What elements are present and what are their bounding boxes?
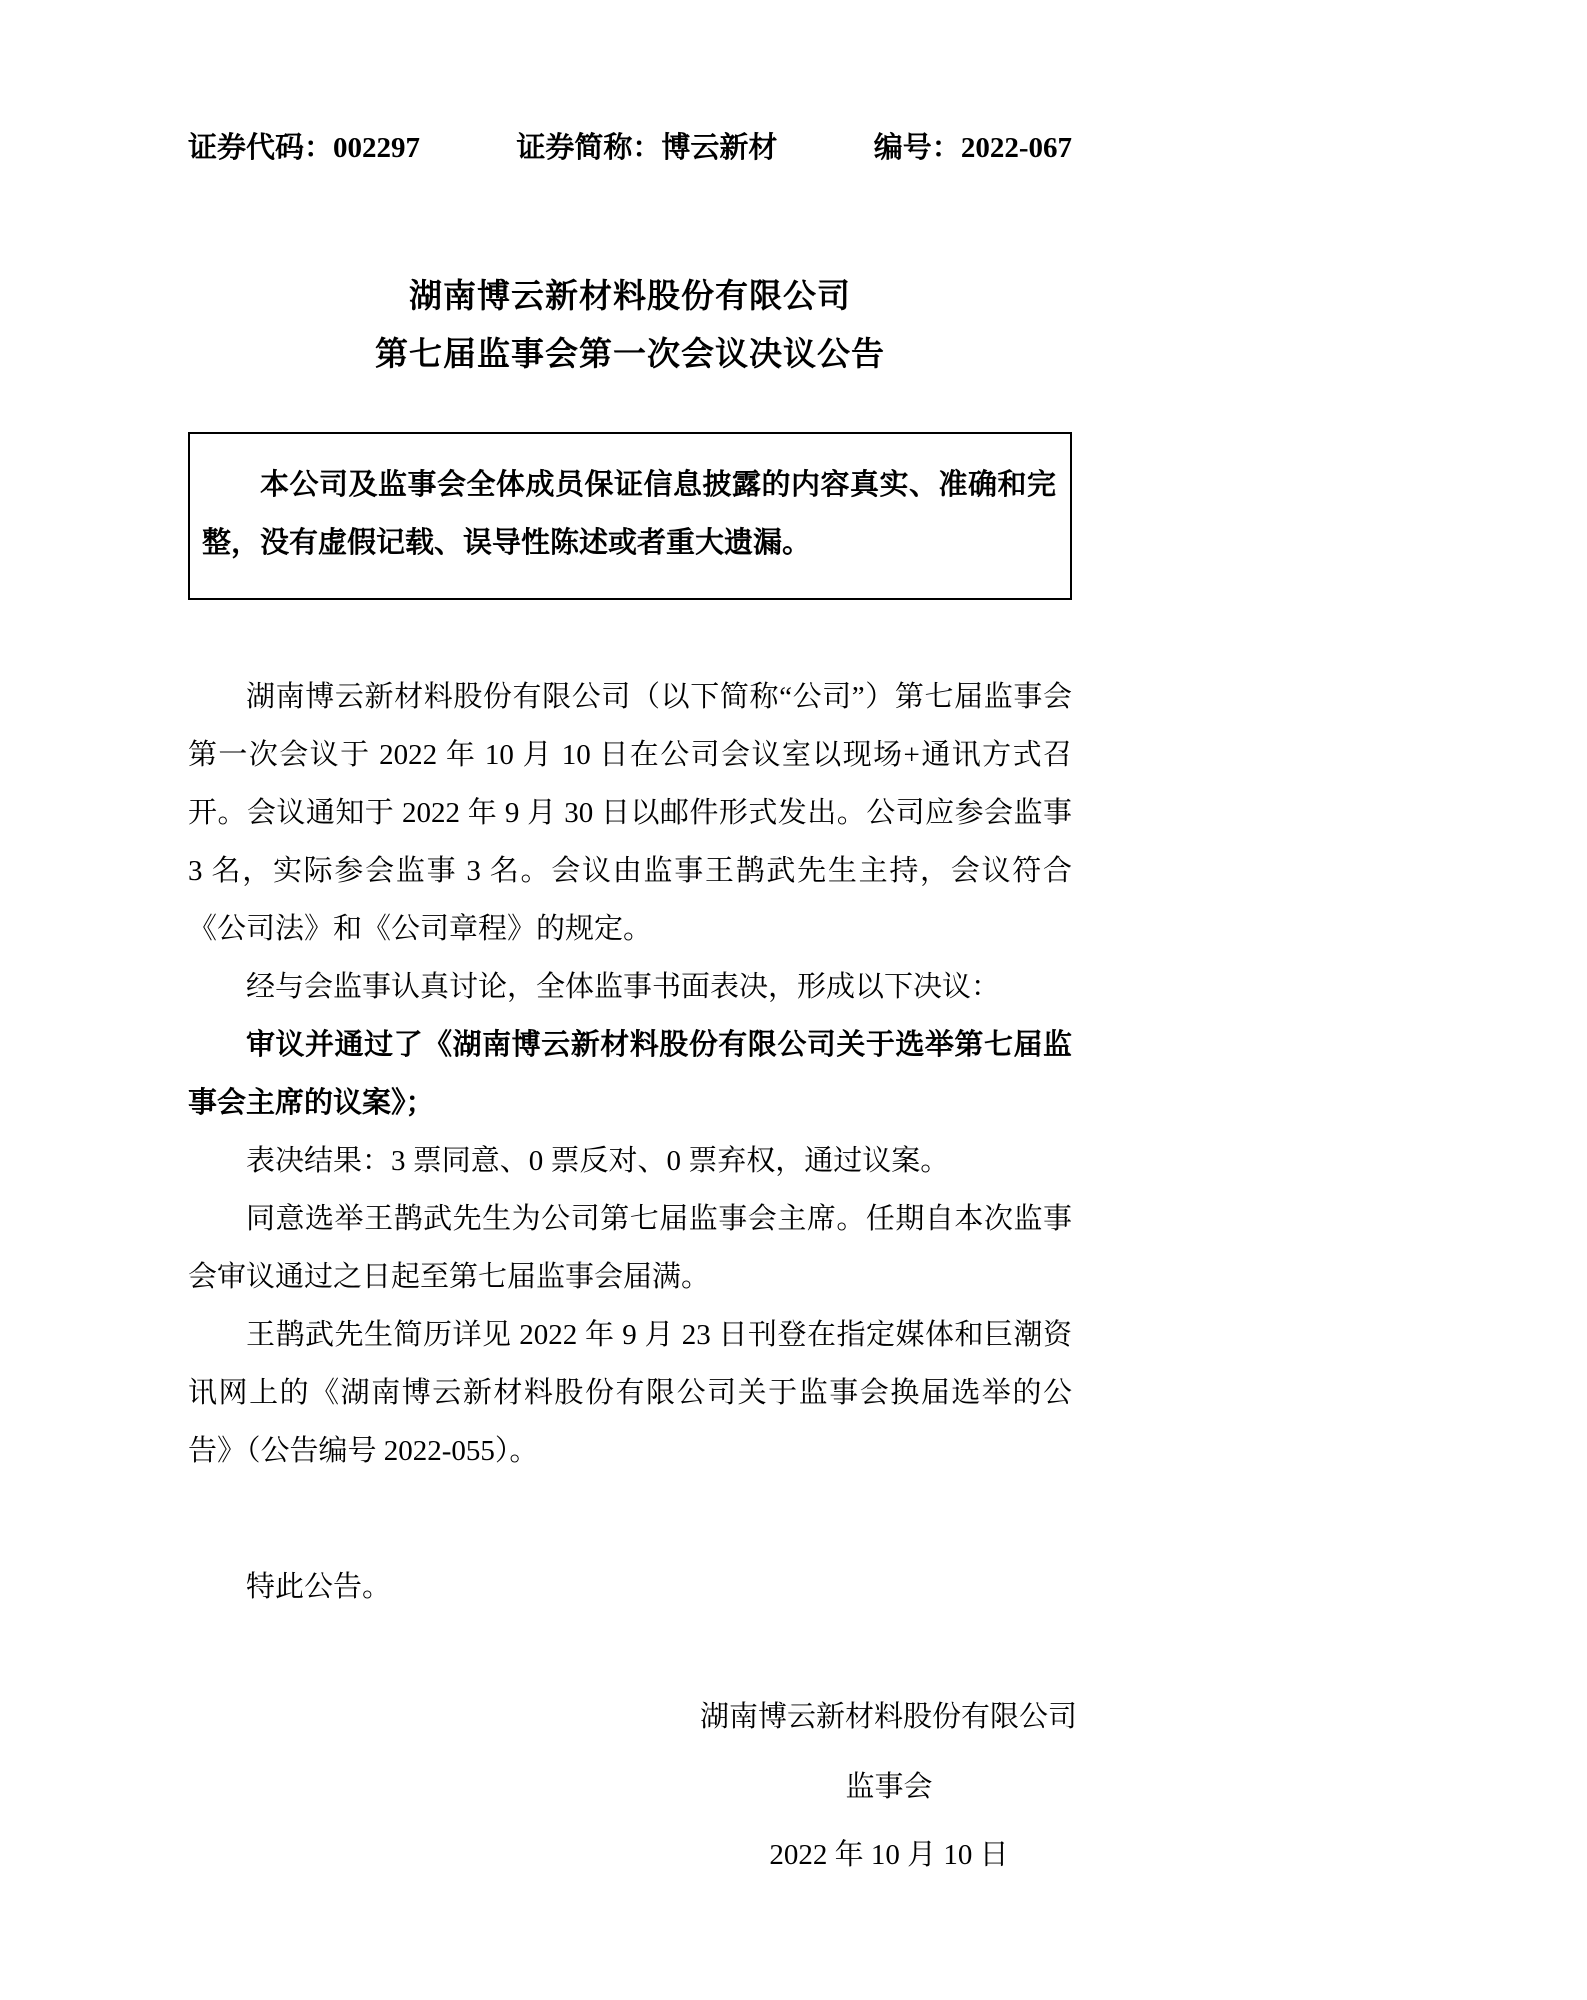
paragraph-resolution: 审议并通过了《湖南博云新材料股份有限公司关于选举第七届监事会主席的议案》；	[188, 1016, 1072, 1132]
stock-abbr-value: 博云新材	[661, 132, 777, 164]
announcement-no-segment: 编号：2022-067	[874, 128, 1072, 168]
paragraph-vote-result: 表决结果：3 票同意、0 票反对、0 票弃权，通过议案。	[188, 1132, 1072, 1190]
signature-department: 监事会	[700, 1758, 1078, 1816]
stock-code-segment: 证券代码：002297	[188, 128, 420, 168]
body-block: 湖南博云新材料股份有限公司（以下简称“公司”）第七届监事会第一次会议于 2022…	[188, 668, 1072, 1616]
announcement-no-label: 编号：	[874, 132, 961, 164]
company-title: 湖南博云新材料股份有限公司	[188, 268, 1072, 326]
paragraph-election: 同意选举王鹊武先生为公司第七届监事会主席。任期自本次监事会审议通过之日起至第七届…	[188, 1190, 1072, 1306]
closing-statement: 特此公告。	[188, 1558, 1072, 1616]
paragraph-meeting: 湖南博云新材料股份有限公司（以下简称“公司”）第七届监事会第一次会议于 2022…	[188, 668, 1072, 958]
signature-company: 湖南博云新材料股份有限公司	[700, 1688, 1078, 1746]
stock-abbr-label: 证券简称：	[516, 132, 661, 164]
signature-date: 2022 年 10 月 10 日	[700, 1826, 1078, 1884]
announcement-page: 证券代码：002297 证券简称：博云新材 编号：2022-067 湖南博云新材…	[0, 0, 1587, 2000]
stock-code-value: 002297	[333, 132, 420, 164]
disclaimer-text: 本公司及监事会全体成员保证信息披露的内容真实、准确和完整，没有虚假记载、误导性陈…	[202, 456, 1056, 572]
disclaimer-box: 本公司及监事会全体成员保证信息披露的内容真实、准确和完整，没有虚假记载、误导性陈…	[188, 432, 1072, 600]
paragraph-discussion: 经与会监事认真讨论，全体监事书面表决，形成以下决议：	[188, 958, 1072, 1016]
announcement-no-value: 2022-067	[961, 132, 1072, 164]
announcement-title: 第七届监事会第一次会议决议公告	[188, 326, 1072, 384]
paragraph-resume: 王鹊武先生简历详见 2022 年 9 月 23 日刊登在指定媒体和巨潮资讯网上的…	[188, 1306, 1072, 1480]
signature-block: 湖南博云新材料股份有限公司 监事会 2022 年 10 月 10 日	[700, 1688, 1078, 1884]
stock-code-label: 证券代码：	[188, 132, 333, 164]
securities-header-row: 证券代码：002297 证券简称：博云新材 编号：2022-067	[188, 128, 1072, 168]
page-content: 证券代码：002297 证券简称：博云新材 编号：2022-067 湖南博云新材…	[188, 128, 1072, 1616]
title-block: 湖南博云新材料股份有限公司 第七届监事会第一次会议决议公告	[188, 268, 1072, 384]
stock-abbr-segment: 证券简称：博云新材	[516, 128, 777, 168]
